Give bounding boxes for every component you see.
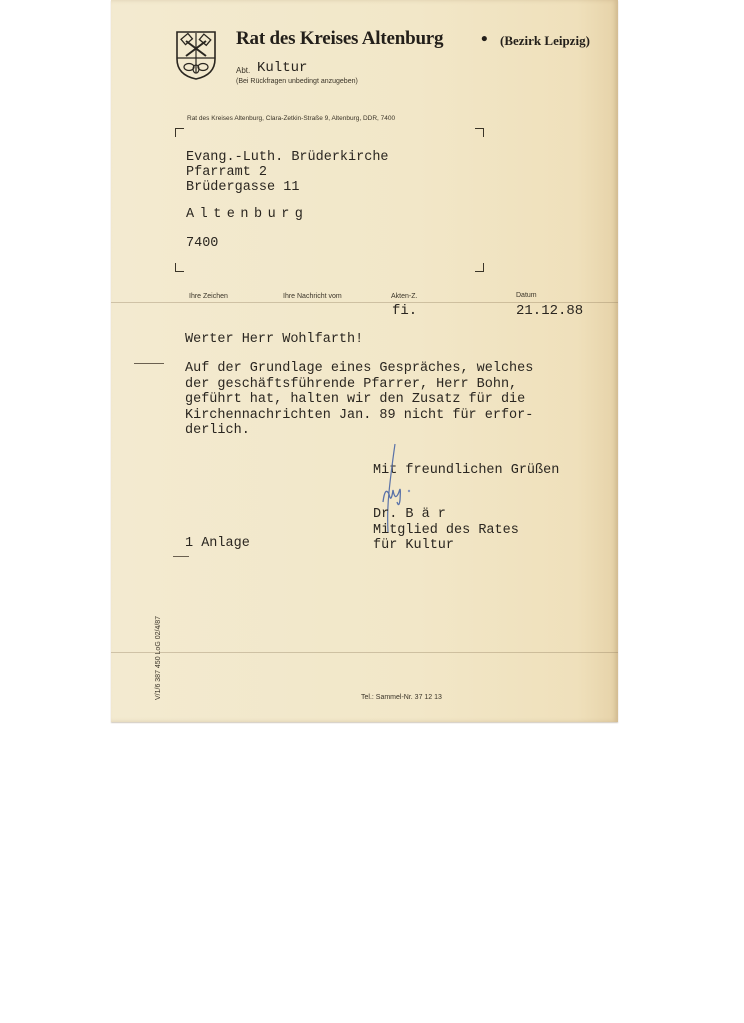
address-window-corner [175, 128, 184, 137]
signer-block: Dr. B ä r Mitglied des Rates für Kultur [373, 507, 519, 554]
ihre-zeichen-label: Ihre Zeichen [189, 293, 228, 300]
salutation: Werter Herr Wohlfarth! [185, 332, 363, 347]
ihre-nachricht-label: Ihre Nachricht vom [283, 293, 342, 300]
enclosure-note: 1 Anlage [185, 536, 250, 551]
datum-label: Datum [516, 292, 537, 299]
recipient-postcode: 7400 [186, 236, 218, 251]
form-code: V/1/6 387 450 LoG 02/4/87 [155, 616, 162, 700]
margin-mark [134, 363, 164, 364]
recipient-line: Evang.-Luth. Brüderkirche [186, 150, 389, 165]
letter-body: Auf der Grundlage eines Gespräches, welc… [185, 361, 533, 439]
department-note: (Bei Rückfragen unbedingt anzugeben) [236, 78, 358, 85]
coat-of-arms-icon [174, 29, 218, 81]
department-label: Abt. [236, 66, 250, 75]
organization-name: Rat des Kreises Altenburg [236, 28, 443, 50]
recipient-city: Altenburg [186, 207, 308, 222]
department-value: Kultur [257, 60, 307, 76]
akten-label: Akten-Z. [391, 293, 417, 300]
recipient-line: Brüdergasse 11 [186, 180, 299, 195]
address-window-corner [475, 263, 484, 272]
letter-page: Rat des Kreises Altenburg • (Bezirk Leip… [111, 0, 618, 722]
fold-line [111, 652, 618, 653]
district-name: (Bezirk Leipzig) [500, 33, 590, 49]
recipient-line: Pfarramt 2 [186, 165, 267, 180]
sender-return-address: Rat des Kreises Altenburg, Clara-Zetkin-… [187, 115, 395, 122]
datum-value: 21.12.88 [516, 303, 583, 319]
phone-number: Tel.: Sammel-Nr. 37 12 13 [361, 694, 442, 701]
address-window-corner [475, 128, 484, 137]
address-window-corner [175, 263, 184, 272]
header-separator: • [481, 29, 488, 51]
akten-value: fi. [392, 303, 417, 319]
margin-mark [173, 556, 189, 557]
